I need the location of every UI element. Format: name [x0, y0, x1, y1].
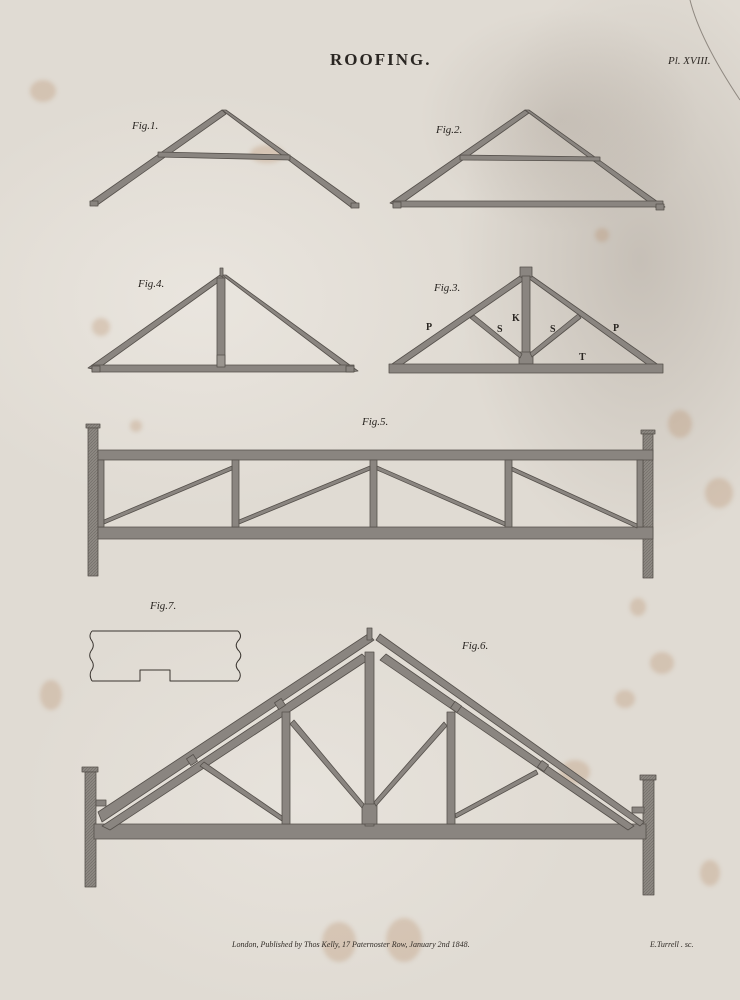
fig-1-drawing [90, 110, 359, 208]
publisher-imprint: London, Published by Thos Kelly, 17 Pate… [232, 940, 470, 949]
fig-6-drawing [82, 628, 656, 895]
engraver-credit: E.Turrell . sc. [650, 940, 693, 949]
truss-drawings [0, 0, 740, 1000]
engraving-plate: ROOFING. Pl. XVIII. Fig.1. Fig.2. Fig.4.… [0, 0, 740, 1000]
fig-3-drawing [389, 267, 663, 373]
fig-7-drawing [90, 631, 241, 681]
fig-4-drawing [88, 268, 358, 372]
fig-5-drawing [86, 424, 655, 578]
fig-2-drawing [390, 110, 665, 210]
